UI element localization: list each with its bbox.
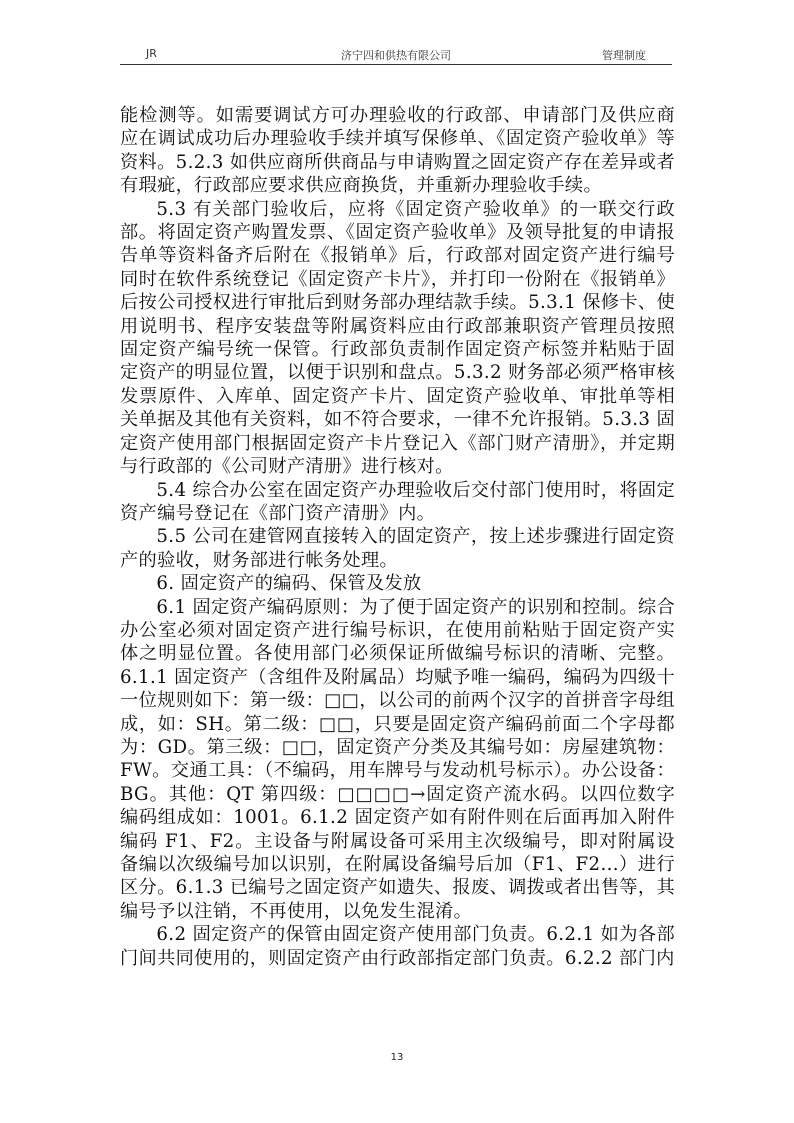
paragraph-6-1: 6.1 固定资产编码原则：为了便于固定资产的识别和控制。综合办公室必须对固定资产… xyxy=(120,596,675,924)
page-number: 13 xyxy=(391,1052,404,1063)
paragraph-continued: 能检测等。如需要调试方可办理验收的行政部、申请部门及供应商应在调试成功后办理验收… xyxy=(120,104,675,198)
paragraph-5-4: 5.4 综合办公室在固定资产办理验收后交付部门使用时，将固定资产编号登记在《部门… xyxy=(120,479,675,526)
header-doc-type: 管理制度 xyxy=(602,47,646,63)
paragraph-6-2: 6.2 固定资产的保管由固定资产使用部门负责。6.2.1 如为各部门间共同使用的… xyxy=(120,923,675,970)
paragraph-5-3: 5.3 有关部门验收后，应将《固定资产验收单》的一联交行政部。将固定资产购置发票… xyxy=(120,198,675,479)
section-heading-6: 6. 固定资产的编码、保管及发放 xyxy=(120,572,675,595)
paragraph-5-5: 5.5 公司在建管网直接转入的固定资产，按上述步骤进行固定资产的验收，财务部进行… xyxy=(120,525,675,572)
page-footer: 13 xyxy=(0,1052,794,1063)
header-company-name: 济宁四和供热有限公司 xyxy=(120,47,672,63)
page-header: JR 济宁四和供热有限公司 管理制度 xyxy=(120,44,672,65)
document-body: 能检测等。如需要调试方可办理验收的行政部、申请部门及供应商应在调试成功后办理验收… xyxy=(120,104,675,970)
